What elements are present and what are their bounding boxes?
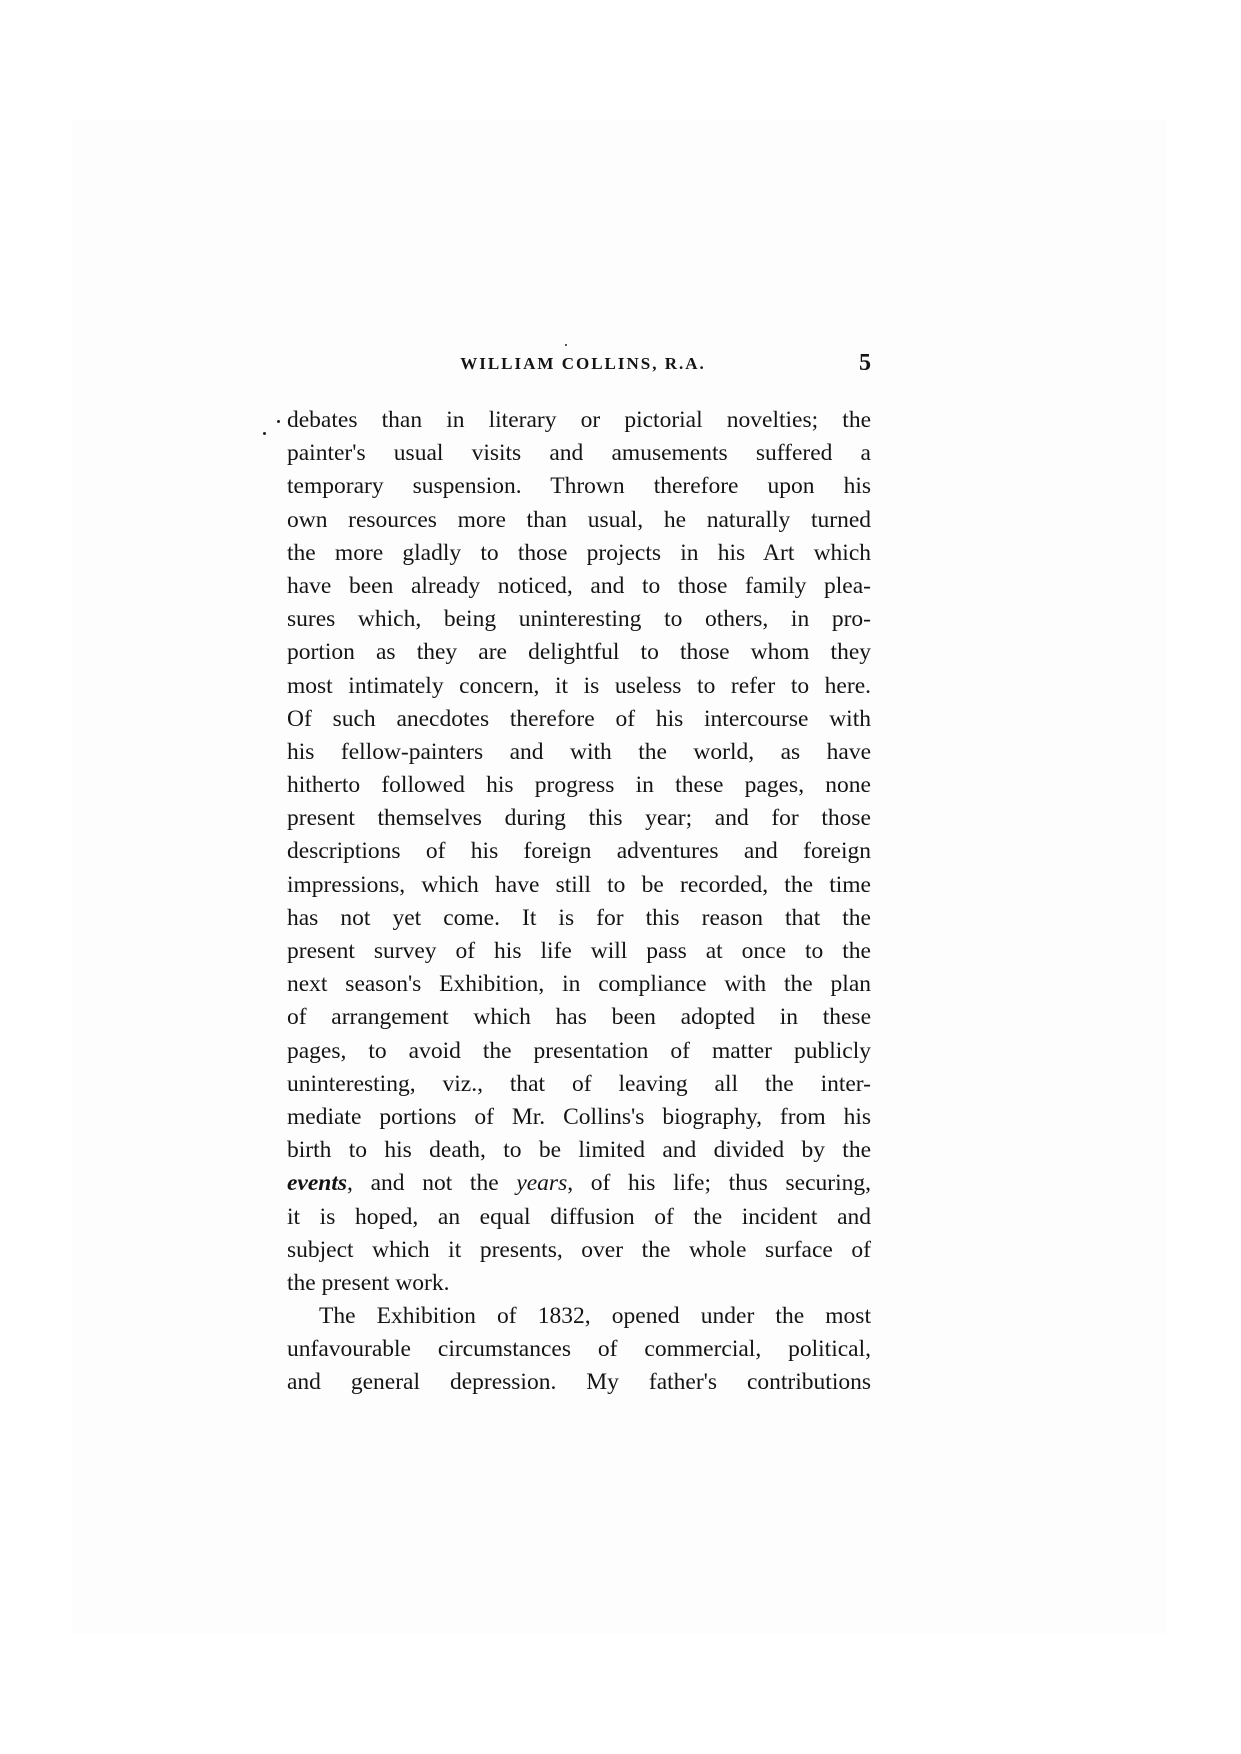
text-line: have been already noticed, and to those … (287, 570, 871, 603)
text-line: pages, to avoid the presentation of matt… (287, 1035, 871, 1068)
text-line: his fellow-painters and with the world, … (287, 736, 871, 769)
running-head: WILLIAM COLLINS, R.A. 5 (287, 350, 871, 380)
text-line: it is hoped, an equal diffusion of the i… (287, 1201, 871, 1234)
text-line: temporary suspension. Thrown therefore u… (287, 470, 871, 503)
text-line: birth to his death, to be limited and di… (287, 1134, 871, 1167)
text-line: portion as they are delightful to those … (287, 636, 871, 669)
print-speck (277, 420, 280, 423)
text-line: and general depression. My father's cont… (287, 1366, 871, 1399)
text-line: mediate portions of Mr. Collins's biogra… (287, 1101, 871, 1134)
text-line: the present work. (287, 1267, 871, 1300)
text-line: impressions, which have still to be reco… (287, 869, 871, 902)
paragraph-1: debates than in literary or pictorial no… (287, 404, 871, 1300)
emphasis-years: years (516, 1170, 567, 1196)
text-line: uninteresting, viz., that of leaving all… (287, 1068, 871, 1101)
text-line: The Exhibition of 1832, opened under the… (287, 1300, 871, 1333)
text-line: unfavourable circumstances of commercial… (287, 1333, 871, 1366)
print-speck (263, 432, 266, 435)
paragraph-2: The Exhibition of 1832, opened under the… (287, 1300, 871, 1400)
text-line: the more gladly to those projects in his… (287, 537, 871, 570)
print-speck (565, 344, 567, 346)
running-title: WILLIAM COLLINS, R.A. (287, 354, 871, 374)
text-line: hitherto followed his progress in these … (287, 769, 871, 802)
page-number: 5 (859, 350, 871, 377)
text-line: has not yet come. It is for this reason … (287, 902, 871, 935)
text-line: most intimately concern, it is useless t… (287, 670, 871, 703)
text-line: present survey of his life will pass at … (287, 935, 871, 968)
text-line: descriptions of his foreign adventures a… (287, 835, 871, 868)
text-line: present themselves during this year; and… (287, 802, 871, 835)
text-line: Of such anecdotes therefore of his inter… (287, 703, 871, 736)
body-text: debates than in literary or pictorial no… (287, 404, 871, 1400)
text-line: debates than in literary or pictorial no… (287, 404, 871, 437)
text-line: of arrangement which has been adopted in… (287, 1001, 871, 1034)
text-fragment: , and not the (347, 1170, 516, 1196)
text-line: subject which it presents, over the whol… (287, 1234, 871, 1267)
text-line: sures which, being uninteresting to othe… (287, 603, 871, 636)
text-line: painter's usual visits and amusements su… (287, 437, 871, 470)
emphasis-events: events (287, 1170, 347, 1196)
text-line-emphasis: events, and not the years, of his life; … (287, 1167, 871, 1200)
text-line: next season's Exhibition, in compliance … (287, 968, 871, 1001)
text-line: own resources more than usual, he natura… (287, 504, 871, 537)
text-fragment: , of his life; thus securing, (567, 1170, 871, 1196)
